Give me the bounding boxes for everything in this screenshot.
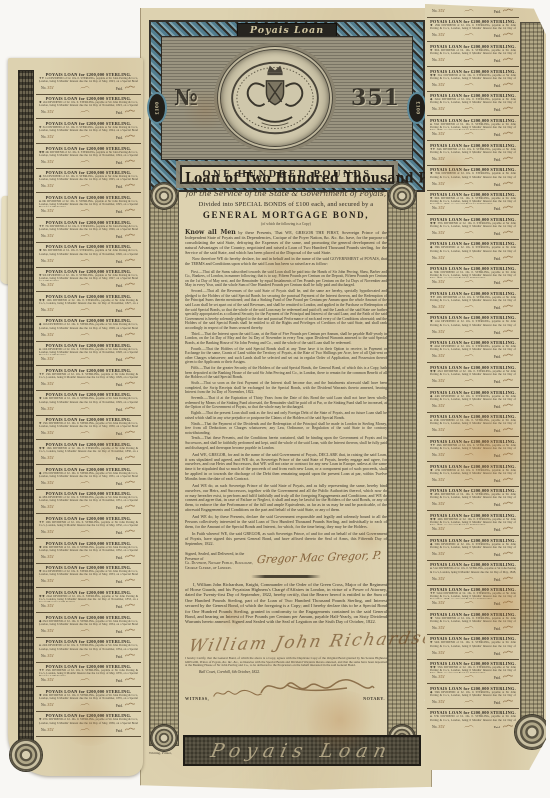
cashier-mark-handwritten	[80, 208, 90, 213]
handwritten-bond-number: 351	[47, 653, 55, 658]
coupon-fineprint: ✚✚ 31st DIVIDEND of £2. 10s. 0. STERLING…	[430, 74, 516, 81]
handwritten-bond-number: 351	[438, 452, 446, 457]
dividend-coupon: POYAIS LOAN for £200,000 STERLING. ✚✚ 22…	[36, 588, 141, 613]
handwritten-bond-number: 351	[438, 625, 446, 630]
coupon-fineprint: ◆ 50th DIVIDEND of £2. 10s. 0. STERLING,…	[430, 543, 516, 550]
cashier-mark-handwritten	[464, 625, 474, 630]
dividend-coupon: POYAIS LOAN for £200,000 STERLING. ✚✚ 55…	[427, 660, 519, 685]
coupon-number-field: No. 351	[41, 504, 54, 509]
coupon-fineprint: ✚✚ 37th DIVIDEND of £2. 10s. 0. STERLING…	[430, 222, 516, 229]
handwritten-bond-number: 351	[438, 600, 446, 605]
coupon-fineprint: ✳ 27th DIVIDEND of £2. 10s. 0. STERLING,…	[39, 718, 138, 725]
paid-initials-handwritten	[502, 56, 514, 62]
dividend-coupon: POYAIS LOAN for £200,000 STERLING. ✳ 21s…	[36, 564, 141, 589]
cashier-mark-handwritten	[464, 106, 474, 111]
handwritten-bond-number: 351	[47, 332, 55, 337]
coupon-fineprint: ⬩⬩ 57th DIVIDEND of £2. 10s. 0. STERLING…	[430, 715, 516, 722]
coat-of-arms-vignette	[217, 46, 333, 150]
coupon-number-field: No. 351	[432, 255, 445, 260]
paid-initials-handwritten	[124, 84, 136, 90]
coupon-paid-field: Paid.	[116, 627, 136, 634]
coupon-number-field: No. 351	[432, 699, 445, 704]
coupon-fineprint: ✚✚ 55th DIVIDEND of £2. 10s. 0. STERLING…	[430, 666, 516, 673]
coupon-fineprint: ✦✦ 40th DIVIDEND of £2. 10s. 0. STERLING…	[430, 296, 516, 303]
bond-text: Loan of Two Hundred Thousand Pounds Ster…	[185, 170, 387, 701]
paid-initials-handwritten	[502, 599, 514, 605]
coupon-number-field: No. 351	[432, 205, 445, 210]
coupon-fineprint: ⬩⬩ 18th DIVIDEND of £2. 10s. 0. STERLING…	[39, 496, 138, 503]
handwritten-bond-number: 351	[438, 551, 446, 556]
coupon-fineprint: ⬩⬩ 45th DIVIDEND of £2. 10s. 0. STERLING…	[430, 419, 516, 426]
dividend-coupon: POYAIS LOAN for £200,000 STERLING. ⬩⬩ 39…	[427, 265, 519, 290]
coupon-paid-field: Paid.	[116, 479, 136, 486]
cashier-mark-handwritten	[80, 258, 90, 263]
cashier-mark-handwritten	[464, 526, 474, 531]
dividend-coupon: POYAIS LOAN for £200,000 STERLING. ✳ 36t…	[427, 191, 519, 216]
paid-initials-handwritten	[124, 158, 136, 164]
handwritten-bond-number: 351	[47, 381, 55, 386]
coupon-paid-field: Paid.	[494, 130, 514, 137]
coupon-number-field: No. 351	[41, 603, 54, 608]
coupon-paid-field: Paid.	[494, 204, 514, 211]
coupon-number-field: No. 351	[41, 233, 54, 238]
coupon-number-field: No. 351	[41, 677, 54, 682]
paid-initials-handwritten	[502, 476, 514, 482]
paid-initials-handwritten	[502, 254, 514, 260]
coupon-paid-field: Paid.	[494, 303, 514, 310]
term-paragraph: Second.—That all the Revenues of the sai…	[185, 289, 387, 330]
engraved-header: Poyais Loan №	[149, 20, 425, 192]
coupon-number-field: No. 351	[432, 156, 445, 161]
dividend-coupon: POYAIS LOAN for £200,000 STERLING. ⬩⬩ 33…	[427, 116, 519, 141]
coupon-paid-field: Paid.	[494, 328, 514, 335]
witness-block: Signed, Sealed, and Delivered, in the Pr…	[185, 551, 257, 571]
dividend-coupon: POYAIS LOAN for £200,000 STERLING. ✚✚ 16…	[36, 440, 141, 465]
term-paragraph: Fourth.—That the Holders of the said Spe…	[185, 347, 387, 365]
paid-initials-handwritten	[502, 180, 514, 186]
paid-initials-handwritten	[502, 673, 514, 679]
coupon-paid-field: Paid.	[494, 56, 514, 63]
cashier-mark-handwritten	[80, 109, 90, 114]
dividend-coupon: POYAIS LOAN for £200,000 STERLING. ✦✦ 25…	[36, 663, 141, 688]
dividend-coupon: POYAIS LOAN for £200,000 STERLING. ◆ 32n…	[427, 92, 519, 117]
paid-initials-handwritten	[124, 726, 136, 732]
dividend-coupon: POYAIS LOAN for £200,000 STERLING. ◆ 23r…	[36, 613, 141, 638]
cashier-mark-handwritten	[464, 724, 474, 728]
coupon-fineprint: ✳ 48th DIVIDEND of £2. 10s. 0. STERLING,…	[430, 493, 516, 500]
handwritten-bond-number: 351	[47, 430, 55, 435]
coupon-fineprint: ✦✦ 25th DIVIDEND of £2. 10s. 0. STERLING…	[39, 669, 138, 676]
dividend-coupon: POYAIS LOAN for £200,000 STERLING. ⬩⬩ 57…	[427, 709, 519, 728]
ornamental-band-inner-left	[149, 190, 179, 746]
coupon-number-field: No. 351	[432, 57, 445, 62]
coupon-column-left: POYAIS LOAN for £200,000 STERLING. ✦✦ 1s…	[36, 70, 141, 740]
coupon-paid-field: Paid.	[116, 701, 136, 708]
coupon-number-field: No. 351	[41, 529, 54, 534]
cashier-mark-handwritten	[464, 82, 474, 87]
coupon-paid-field: Paid.	[494, 673, 514, 680]
coupon-fineprint: ⬩⬩ 6th DIVIDEND of £2. 10s. 0. STERLING,…	[39, 200, 138, 207]
coupon-paid-field: Paid.	[494, 723, 514, 728]
paid-initials-handwritten	[502, 130, 514, 136]
paid-initials-handwritten	[124, 232, 136, 238]
coupon-fineprint: ❖ 20th DIVIDEND of £2. 10s. 0. STERLING,…	[39, 546, 138, 553]
loan-terms-block: First.—That all the Sums subscribed towa…	[185, 270, 387, 451]
handwritten-bond-number: 351	[47, 85, 55, 90]
cashier-mark-handwritten	[80, 603, 90, 608]
coupon-paid-field: Paid.	[494, 451, 514, 458]
paid-initials-handwritten	[124, 454, 136, 460]
gregor-macgregor-signature: Gregor Mac Gregor, P.	[256, 548, 382, 565]
dividend-coupon: POYAIS LOAN for £200,000 STERLING. ✦✦ 1s…	[36, 70, 141, 95]
paid-initials-handwritten	[502, 500, 514, 506]
term-paragraph: Tenth.—That these Presents, and the Cond…	[185, 436, 387, 450]
coupon-fineprint: ✦✦ 7th DIVIDEND of £2. 10s. 0. STERLING,…	[39, 225, 138, 232]
paid-initials-handwritten	[124, 602, 136, 608]
coupon-paid-field: Paid.	[116, 133, 136, 140]
coupon-paid-field: Paid.	[494, 402, 514, 409]
coupon-paid-field: Paid.	[116, 281, 136, 288]
cashier-mark-handwritten	[464, 600, 474, 605]
coupon-fineprint: ❖ 14th DIVIDEND of £2. 10s. 0. STERLING,…	[39, 397, 138, 404]
coupon-paid-field: Paid.	[494, 352, 514, 359]
coupon-fineprint: ✦✦ 1st DIVIDEND of £2. 10s. 0. STERLING,…	[39, 77, 138, 84]
coupon-number-field: No. 351	[41, 430, 54, 435]
coupon-number-field: No. 351	[41, 653, 54, 658]
dividend-coupon: POYAIS LOAN for £200,000 STERLING. ◆ 56t…	[427, 684, 519, 709]
coupon-fineprint: ✚✚ 22nd DIVIDEND of £2. 10s. 0. STERLING…	[39, 595, 138, 602]
coupon-number-field: No. 351	[41, 554, 54, 559]
cashier-mark-handwritten	[80, 430, 90, 435]
cashier-mark-handwritten	[464, 427, 474, 432]
coupon-fineprint: ◆ 56th DIVIDEND of £2. 10s. 0. STERLING,…	[430, 691, 516, 698]
coupon-fineprint: ◆ 17th DIVIDEND of £2. 10s. 0. STERLING,…	[39, 472, 138, 479]
paid-initials-handwritten	[502, 352, 514, 358]
cashier-mark-handwritten	[80, 727, 90, 732]
coupon-number-field: No. 351	[41, 208, 54, 213]
coupon-column-right: POYAIS LOAN for £200,000 STERLING. ✦✦ 28…	[427, 6, 519, 728]
coupon-paid-field: Paid.	[494, 254, 514, 261]
cashier-mark-handwritten	[464, 403, 474, 408]
coupon-paid-field: Paid.	[494, 31, 514, 38]
declaration-paragraph-3: And WE do, by these Presents, declare th…	[185, 515, 387, 529]
paid-initials-handwritten	[502, 575, 514, 581]
paid-initials-handwritten	[502, 550, 514, 556]
coupon-paid-field: Paid.	[116, 405, 136, 412]
paid-initials-handwritten	[502, 328, 514, 334]
coupon-number-field: No. 351	[41, 109, 54, 114]
dividend-coupon: POYAIS LOAN for £200,000 STERLING. ❖ 14t…	[36, 391, 141, 416]
handwritten-bond-number: 351	[47, 603, 55, 608]
coupon-number-field: No. 351	[41, 134, 54, 139]
cashier-mark-handwritten	[464, 329, 474, 334]
dividend-coupon: POYAIS LOAN for £200,000 STERLING. ⬩⬩ 18…	[36, 490, 141, 515]
dividend-coupon: POYAIS LOAN for £200,000 STERLING. ✦✦ 46…	[427, 437, 519, 462]
handwritten-bond-number: 351	[438, 57, 446, 62]
dividend-coupon: POYAIS LOAN for £200,000 STERLING. ◆ 11t…	[36, 317, 141, 342]
coupon-paid-field: Paid.	[494, 105, 514, 112]
dividend-coupon: POYAIS LOAN for £200,000 STERLING. ◆ 38t…	[427, 240, 519, 265]
dividend-coupon: POYAIS LOAN for £200,000 STERLING. ❖ 26t…	[36, 687, 141, 712]
coupon-number-field: No. 351	[41, 578, 54, 583]
divided-line: Divided into SPECIAL BONDS of £100 each,…	[185, 201, 387, 208]
paid-initials-handwritten	[502, 451, 514, 457]
handwritten-bond-number: 351	[47, 554, 55, 559]
coupon-fineprint: ✳ 42nd DIVIDEND of £2. 10s. 0. STERLING,…	[430, 345, 516, 352]
coupon-number-field: No. 351	[41, 282, 54, 287]
cashier-mark-handwritten	[464, 674, 474, 679]
dividend-coupon: POYAIS LOAN for £200,000 STERLING. ✦✦ 28…	[427, 6, 519, 18]
coupon-paid-field: Paid.	[494, 155, 514, 162]
ornamental-band-inner-right	[387, 190, 417, 746]
coupon-paid-field: Paid.	[116, 429, 136, 436]
coupon-paid-field: Paid.	[116, 602, 136, 609]
coupon-number-field: No. 351	[41, 332, 54, 337]
coupon-fineprint: ⬩⬩ 33rd DIVIDEND of £2. 10s. 0. STERLING…	[430, 123, 516, 130]
handwritten-bond-number: 351	[438, 477, 446, 482]
paid-initials-handwritten	[124, 479, 136, 485]
paid-initials-handwritten	[502, 155, 514, 161]
dividend-coupon: POYAIS LOAN for £200,000 STERLING. ✳ 42n…	[427, 339, 519, 364]
handwritten-bond-number: 351	[47, 134, 55, 139]
handwritten-bond-number: 351	[438, 329, 446, 334]
paid-initials-handwritten	[502, 81, 514, 87]
term-paragraph: Sixth.—That so soon as the first Payment…	[185, 381, 387, 395]
coupon-number-field: No. 351	[432, 526, 445, 531]
coupon-fineprint: ◆ 11th DIVIDEND of £2. 10s. 0. STERLING,…	[39, 323, 138, 330]
cashier-mark-handwritten	[80, 554, 90, 559]
coupon-fineprint: ✚✚ 43rd DIVIDEND of £2. 10s. 0. STERLING…	[430, 370, 516, 377]
dividend-coupon: POYAIS LOAN for £200,000 STERLING. ✦✦ 34…	[427, 141, 519, 166]
coupon-paid-field: Paid.	[116, 84, 136, 91]
coupon-number-field: No. 351	[432, 403, 445, 408]
coupon-paid-field: Paid.	[494, 525, 514, 532]
coupon-number-field: No. 351	[41, 258, 54, 263]
dividend-coupon: POYAIS LOAN for £200,000 STERLING. ◆ 50t…	[427, 536, 519, 561]
denomination-medallion-right: £100	[407, 92, 427, 124]
paid-initials-handwritten	[502, 278, 514, 284]
coupon-number-field: No. 351	[432, 329, 445, 334]
paid-initials-handwritten	[502, 377, 514, 383]
handwritten-bond-number: 351	[438, 106, 446, 111]
cashier-mark-handwritten	[464, 156, 474, 161]
handwritten-bond-number: 351	[47, 406, 55, 411]
dividend-coupon: POYAIS LOAN for £200,000 STERLING. ✦✦ 52…	[427, 586, 519, 611]
coupon-number-field: No. 351	[41, 183, 54, 188]
dividend-coupon: POYAIS LOAN for £200,000 STERLING. ✚✚ 43…	[427, 363, 519, 388]
coupon-paid-field: Paid.	[494, 550, 514, 557]
dividend-coupon: POYAIS LOAN for £200,000 STERLING. ❖ 20t…	[36, 539, 141, 564]
cashier-mark-handwritten	[80, 332, 90, 337]
coupon-fineprint: ❖ 8th DIVIDEND of £2. 10s. 0. STERLING, …	[39, 249, 138, 256]
ornamental-divider	[251, 575, 321, 578]
paid-initials-handwritten	[124, 331, 136, 337]
now-therefore-paragraph: Now therefore WE do hereby declare, for …	[185, 257, 387, 267]
paid-initials-handwritten	[502, 105, 514, 111]
coupon-number-field: No. 351	[41, 406, 54, 411]
cashier-mark-handwritten	[464, 501, 474, 506]
coupon-paid-field: Paid.	[116, 454, 136, 461]
coupon-fineprint: ✳ 36th DIVIDEND of £2. 10s. 0. STERLING,…	[430, 197, 516, 204]
dividend-coupon: POYAIS LOAN for £200,000 STERLING. ✦✦ 19…	[36, 514, 141, 539]
number-label: №	[174, 85, 199, 111]
coupon-fineprint: ✦✦ 19th DIVIDEND of £2. 10s. 0. STERLING…	[39, 521, 138, 528]
coupon-number-field: No. 351	[432, 378, 445, 383]
coupon-paid-field: Paid.	[494, 624, 514, 631]
dividend-coupon: POYAIS LOAN for £200,000 STERLING. ❖ 2nd…	[36, 95, 141, 120]
cashier-mark-handwritten	[464, 551, 474, 556]
coupon-fineprint: ◆ 44th DIVIDEND of £2. 10s. 0. STERLING,…	[430, 395, 516, 402]
cashier-mark-handwritten	[464, 181, 474, 186]
coupon-fineprint: ✚✚ 49th DIVIDEND of £2. 10s. 0. STERLING…	[430, 518, 516, 525]
coupon-paid-field: Paid.	[494, 476, 514, 483]
coupon-number-field: No. 351	[41, 356, 54, 361]
coupon-fineprint: ✦✦ 46th DIVIDEND of £2. 10s. 0. STERLING…	[430, 444, 516, 451]
handwritten-bond-number: 351	[438, 279, 446, 284]
cashier-mark-handwritten	[464, 452, 474, 457]
paid-initials-handwritten	[124, 553, 136, 559]
cashier-mark-handwritten	[464, 131, 474, 136]
coupon-paid-field: Paid.	[116, 108, 136, 115]
dividend-coupon: POYAIS LOAN for £200,000 STERLING. ✳ 3rd…	[36, 119, 141, 144]
coupon-number-field: No. 351	[41, 307, 54, 312]
coupon-number-field: No. 351	[41, 628, 54, 633]
term-paragraph: First.—That all the Sums subscribed towa…	[185, 270, 387, 288]
richardson-certification: I, William John Richardson, Knight, Comm…	[185, 582, 387, 625]
paid-initials-handwritten	[502, 7, 514, 13]
cashier-mark-handwritten	[464, 353, 474, 358]
paid-initials-handwritten	[502, 649, 514, 655]
paid-initials-handwritten	[124, 405, 136, 411]
coupon-number-field: No. 351	[41, 381, 54, 386]
handwritten-bond-number: 351	[438, 526, 446, 531]
coupon-paid-field: Paid.	[494, 81, 514, 88]
coupon-paid-field: Paid.	[494, 7, 514, 14]
coupon-fineprint: ❖ 35th DIVIDEND of £2. 10s. 0. STERLING,…	[430, 172, 516, 179]
dividend-coupon: POYAIS LOAN for £200,000 STERLING. ✳ 27t…	[36, 712, 141, 737]
handwritten-bond-number: 351	[438, 131, 446, 136]
coat-of-arms-icon	[227, 58, 323, 138]
coupon-number-field: No. 351	[432, 452, 445, 457]
coupon-paid-field: Paid.	[116, 232, 136, 239]
cashier-mark-handwritten	[80, 677, 90, 682]
dividend-coupon: POYAIS LOAN for £200,000 STERLING. ❖ 8th…	[36, 243, 141, 268]
coupon-number-field: No. 351	[432, 304, 445, 309]
handwritten-bond-number: 351	[47, 356, 55, 361]
in-faith-paragraph: In Faith whereof WE, the said GREGOR, as…	[185, 532, 387, 546]
coupon-number-field: No. 351	[41, 702, 54, 707]
notary-certification: I hereby Certify, that the General Bond,…	[185, 657, 387, 668]
dividend-coupon: POYAIS LOAN for £200,000 STERLING. ✳ 30t…	[427, 42, 519, 67]
coupon-number-field: No. 351	[432, 600, 445, 605]
cashier-mark-handwritten	[464, 378, 474, 383]
coupon-fineprint: ❖ 26th DIVIDEND of £2. 10s. 0. STERLING,…	[39, 694, 138, 701]
coupon-fineprint: ✚✚ 4th DIVIDEND of £2. 10s. 0. STERLING,…	[39, 151, 138, 158]
coupon-paid-field: Paid.	[494, 180, 514, 187]
dividend-coupon: POYAIS LOAN for £200,000 STERLING. ✳ 54t…	[427, 635, 519, 660]
handwritten-bond-number: 351	[438, 699, 446, 704]
cashier-mark-handwritten	[80, 504, 90, 509]
dividend-coupon: POYAIS LOAN for £200,000 STERLING. ✚✚ 10…	[36, 292, 141, 317]
coupon-number-field: No. 351	[432, 106, 445, 111]
coupon-fineprint: ❖ 41st DIVIDEND of £2. 10s. 0. STERLING,…	[430, 320, 516, 327]
paid-initials-handwritten	[124, 380, 136, 386]
cashier-mark-handwritten	[464, 699, 474, 704]
coupon-paid-field: Paid.	[494, 278, 514, 285]
cashier-mark-handwritten	[80, 406, 90, 411]
coupon-number-field: No. 351	[432, 131, 445, 136]
cashier-mark-handwritten	[80, 233, 90, 238]
dividend-coupon: POYAIS LOAN for £200,000 STERLING. ◆ 5th…	[36, 169, 141, 194]
coupon-paid-field: Paid.	[494, 649, 514, 656]
cashier-mark-handwritten	[80, 578, 90, 583]
denomination-medallion-left: £100	[147, 92, 167, 124]
cashier-mark-handwritten	[80, 356, 90, 361]
coupon-fineprint: ⬩⬩ 51st DIVIDEND of £2. 10s. 0. STERLING…	[430, 567, 516, 574]
cashier-mark-handwritten	[80, 159, 90, 164]
coupon-number-field: No. 351	[432, 353, 445, 358]
witness-signature-handwritten	[211, 685, 263, 701]
notary-signature-handwritten	[257, 673, 377, 699]
main-title: Loan of Two Hundred Thousand Pounds Ster…	[185, 169, 387, 187]
coupon-number-field: No. 351	[432, 625, 445, 630]
handwritten-bond-number: 351	[438, 205, 446, 210]
coupon-fineprint: ✦✦ 34th DIVIDEND of £2. 10s. 0. STERLING…	[430, 148, 516, 155]
coupon-fineprint: ✳ 54th DIVIDEND of £2. 10s. 0. STERLING,…	[430, 641, 516, 648]
cashier-mark-handwritten	[464, 304, 474, 309]
coupon-number-field: No. 351	[432, 674, 445, 679]
handwritten-bond-number: 351	[47, 208, 55, 213]
handwritten-bond-number: 351	[438, 650, 446, 655]
handwritten-bond-number: 351	[47, 183, 55, 188]
declaration-paragraph-2: And WE do, as such Sovereign Prince of t…	[185, 484, 387, 513]
bond-number: 351	[351, 85, 400, 111]
coupon-fineprint: ◆ 38th DIVIDEND of £2. 10s. 0. STERLING,…	[430, 246, 516, 253]
coupon-fineprint: ✳ 21st DIVIDEND of £2. 10s. 0. STERLING,…	[39, 570, 138, 577]
coupon-number-field: No. 351	[432, 501, 445, 506]
declaration-paragraph-1: And WE, GREGOR, for and in the name of t…	[185, 453, 387, 482]
coupon-number-field: No. 351	[432, 82, 445, 87]
dividend-coupon: POYAIS LOAN for £200,000 STERLING. ✚✚ 49…	[427, 511, 519, 536]
coupon-paid-field: Paid.	[116, 182, 136, 189]
cashier-mark-handwritten	[80, 85, 90, 90]
dividend-coupon: POYAIS LOAN for £200,000 STERLING. ⬩⬩ 6t…	[36, 193, 141, 218]
handwritten-bond-number: 351	[47, 258, 55, 263]
coupon-number-field: No. 351	[432, 32, 445, 37]
dividend-coupon: POYAIS LOAN for £200,000 STERLING. ❖ 29t…	[427, 18, 519, 43]
handwritten-bond-number: 351	[438, 724, 446, 728]
cashier-mark-handwritten	[464, 32, 474, 37]
dividend-coupon: POYAIS LOAN for £200,000 STERLING. ✳ 9th…	[36, 268, 141, 293]
term-paragraph: Seventh.—That if at the Expiration of Th…	[185, 396, 387, 410]
term-paragraph: Eighth.—That the present Loan shall rank…	[185, 411, 387, 420]
coupon-paid-field: Paid.	[116, 652, 136, 659]
coupon-paid-field: Paid.	[116, 577, 136, 584]
handwritten-bond-number: 351	[47, 529, 55, 534]
paid-initials-handwritten	[502, 698, 514, 704]
paid-initials-handwritten	[124, 355, 136, 361]
handwritten-bond-number: 351	[47, 455, 55, 460]
paid-initials-handwritten	[502, 624, 514, 630]
handwritten-bond-number: 351	[438, 501, 446, 506]
dividend-coupon: POYAIS LOAN for £200,000 STERLING. ❖ 35t…	[427, 166, 519, 191]
coupon-fineprint: ◆ 32nd DIVIDEND of £2. 10s. 0. STERLING,…	[430, 98, 516, 105]
handwritten-bond-number: 351	[438, 427, 446, 432]
coupon-paid-field: Paid.	[494, 426, 514, 433]
coupon-paid-field: Paid.	[494, 377, 514, 384]
handwritten-bond-number: 351	[47, 702, 55, 707]
poyais-bond-scan: Poyais Loan №	[0, 0, 550, 798]
